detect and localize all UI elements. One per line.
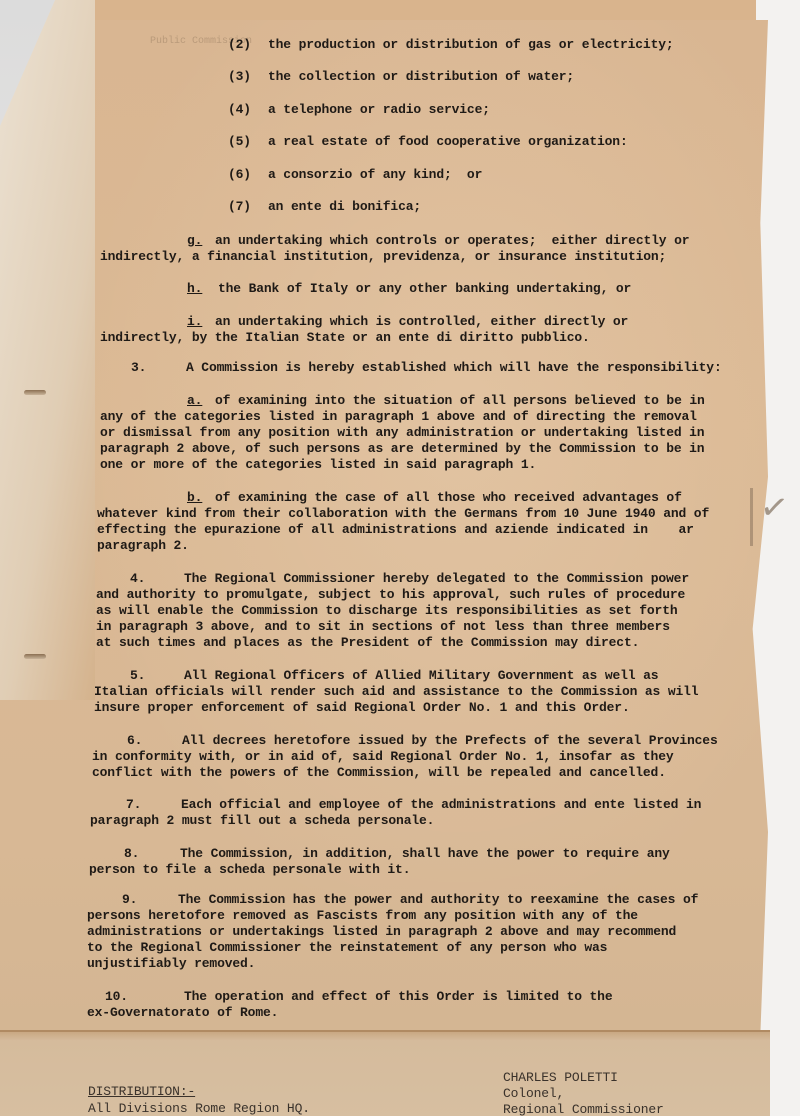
paragraph-text: Each official and employee of the admini… <box>181 797 701 813</box>
check-mark-icon: ✓ <box>757 486 791 530</box>
paragraph-number: 5. <box>130 668 145 684</box>
distribution-heading: DISTRIBUTION:- <box>88 1084 195 1100</box>
paragraph-number: 3. <box>131 360 146 376</box>
paragraph-text: in conformity with, or in aid of, said R… <box>92 749 674 765</box>
paragraph-text: Italian officials will render such aid a… <box>94 684 698 700</box>
paragraph-number: 10. <box>105 989 128 1005</box>
list-item-number: (6) <box>228 167 251 183</box>
paragraph-text: A Commission is hereby established which… <box>186 360 722 376</box>
list-item-text: the production or distribution of gas or… <box>268 37 674 53</box>
paragraph-number: 7. <box>126 797 141 813</box>
list-item-number: (4) <box>228 102 251 118</box>
list-item-text: the collection or distribution of water; <box>268 69 574 85</box>
subpara-text: an undertaking which is controlled, eith… <box>215 314 628 330</box>
subpara-text: or dismissal from any position with any … <box>100 425 704 441</box>
subpara-text: an undertaking which controls or operate… <box>215 233 689 249</box>
paragraph-text: The Commission has the power and authori… <box>178 892 698 908</box>
paragraph-text: at such times and places as the Presiden… <box>96 635 639 651</box>
subpara-text: paragraph 2. <box>97 538 189 554</box>
list-item-text: a real estate of food cooperative organi… <box>268 134 628 150</box>
subpara-letter: i. <box>187 314 202 330</box>
subpara-letter: h. <box>187 281 202 297</box>
paragraph-text: in paragraph 3 above, and to sit in sect… <box>96 619 670 635</box>
subpara-text: of examining into the situation of all p… <box>215 393 705 409</box>
subpara-text: whatever kind from their collaboration w… <box>97 506 709 522</box>
paragraph-text: insure proper enforcement of said Region… <box>94 700 630 716</box>
signature-rank: Colonel, <box>503 1086 564 1102</box>
paragraph-number: 4. <box>130 571 145 587</box>
paragraph-text: ex-Governatorato of Rome. <box>87 1005 278 1021</box>
paragraph-text: to the Regional Commissioner the reinsta… <box>87 940 607 956</box>
paragraph-text: All Regional Officers of Allied Military… <box>184 668 658 684</box>
paragraph-text: paragraph 2 must fill out a scheda perso… <box>90 813 434 829</box>
list-item-number: (7) <box>228 199 251 215</box>
folded-page-corner <box>0 0 95 700</box>
subpara-letter: a. <box>187 393 202 409</box>
subpara-text: one or more of the categories listed in … <box>100 457 536 473</box>
margin-line-mark <box>750 488 753 546</box>
subpara-text: indirectly, a financial institution, pre… <box>100 249 666 265</box>
subpara-text: of examining the case of all those who r… <box>215 490 682 506</box>
paragraph-number: 8. <box>124 846 139 862</box>
list-item-number: (3) <box>228 69 251 85</box>
paragraph-text: administrations or undertakings listed i… <box>87 924 676 940</box>
list-item-text: a consorzio of any kind; or <box>268 167 482 183</box>
paragraph-text: persons heretofore removed as Fascists f… <box>87 908 638 924</box>
list-item-number: (5) <box>228 134 251 150</box>
paragraph-text: unjustifiably removed. <box>87 956 255 972</box>
subpara-letter: g. <box>187 233 202 249</box>
list-item-text: a telephone or radio service; <box>268 102 490 118</box>
paragraph-text: The Commission, in addition, shall have … <box>180 846 670 862</box>
distribution-line: All Divisions Rome Region HQ. <box>88 1101 310 1116</box>
paragraph-text: person to file a scheda personale with i… <box>89 862 410 878</box>
paragraph-number: 6. <box>127 733 142 749</box>
subpara-text: effecting the epurazione of all administ… <box>97 522 694 538</box>
list-item-text: an ente di bonifica; <box>268 199 421 215</box>
paragraph-text: conflict with the powers of the Commissi… <box>92 765 666 781</box>
paragraph-text: The operation and effect of this Order i… <box>184 989 612 1005</box>
paragraph-number: 9. <box>122 892 137 908</box>
paragraph-text: The Regional Commissioner hereby delegat… <box>184 571 689 587</box>
paragraph-text: and authority to promulgate, subject to … <box>96 587 685 603</box>
subpara-text: indirectly, by the Italian State or an e… <box>100 330 590 346</box>
staple-mark <box>24 390 46 395</box>
paragraph-text: as will enable the Commission to dischar… <box>96 603 678 619</box>
signature-title: Regional Commissioner <box>503 1102 664 1116</box>
subpara-letter: b. <box>187 490 202 506</box>
staple-mark <box>24 654 46 659</box>
subpara-text: paragraph 2 above, of such persons as ar… <box>100 441 704 457</box>
subpara-text: any of the categories listed in paragrap… <box>100 409 697 425</box>
list-item-number: (2) <box>228 37 251 53</box>
signature-name: CHARLES POLETTI <box>503 1070 618 1086</box>
paragraph-text: All decrees heretofore issued by the Pre… <box>182 733 718 749</box>
subpara-text: the Bank of Italy or any other banking u… <box>218 281 631 297</box>
